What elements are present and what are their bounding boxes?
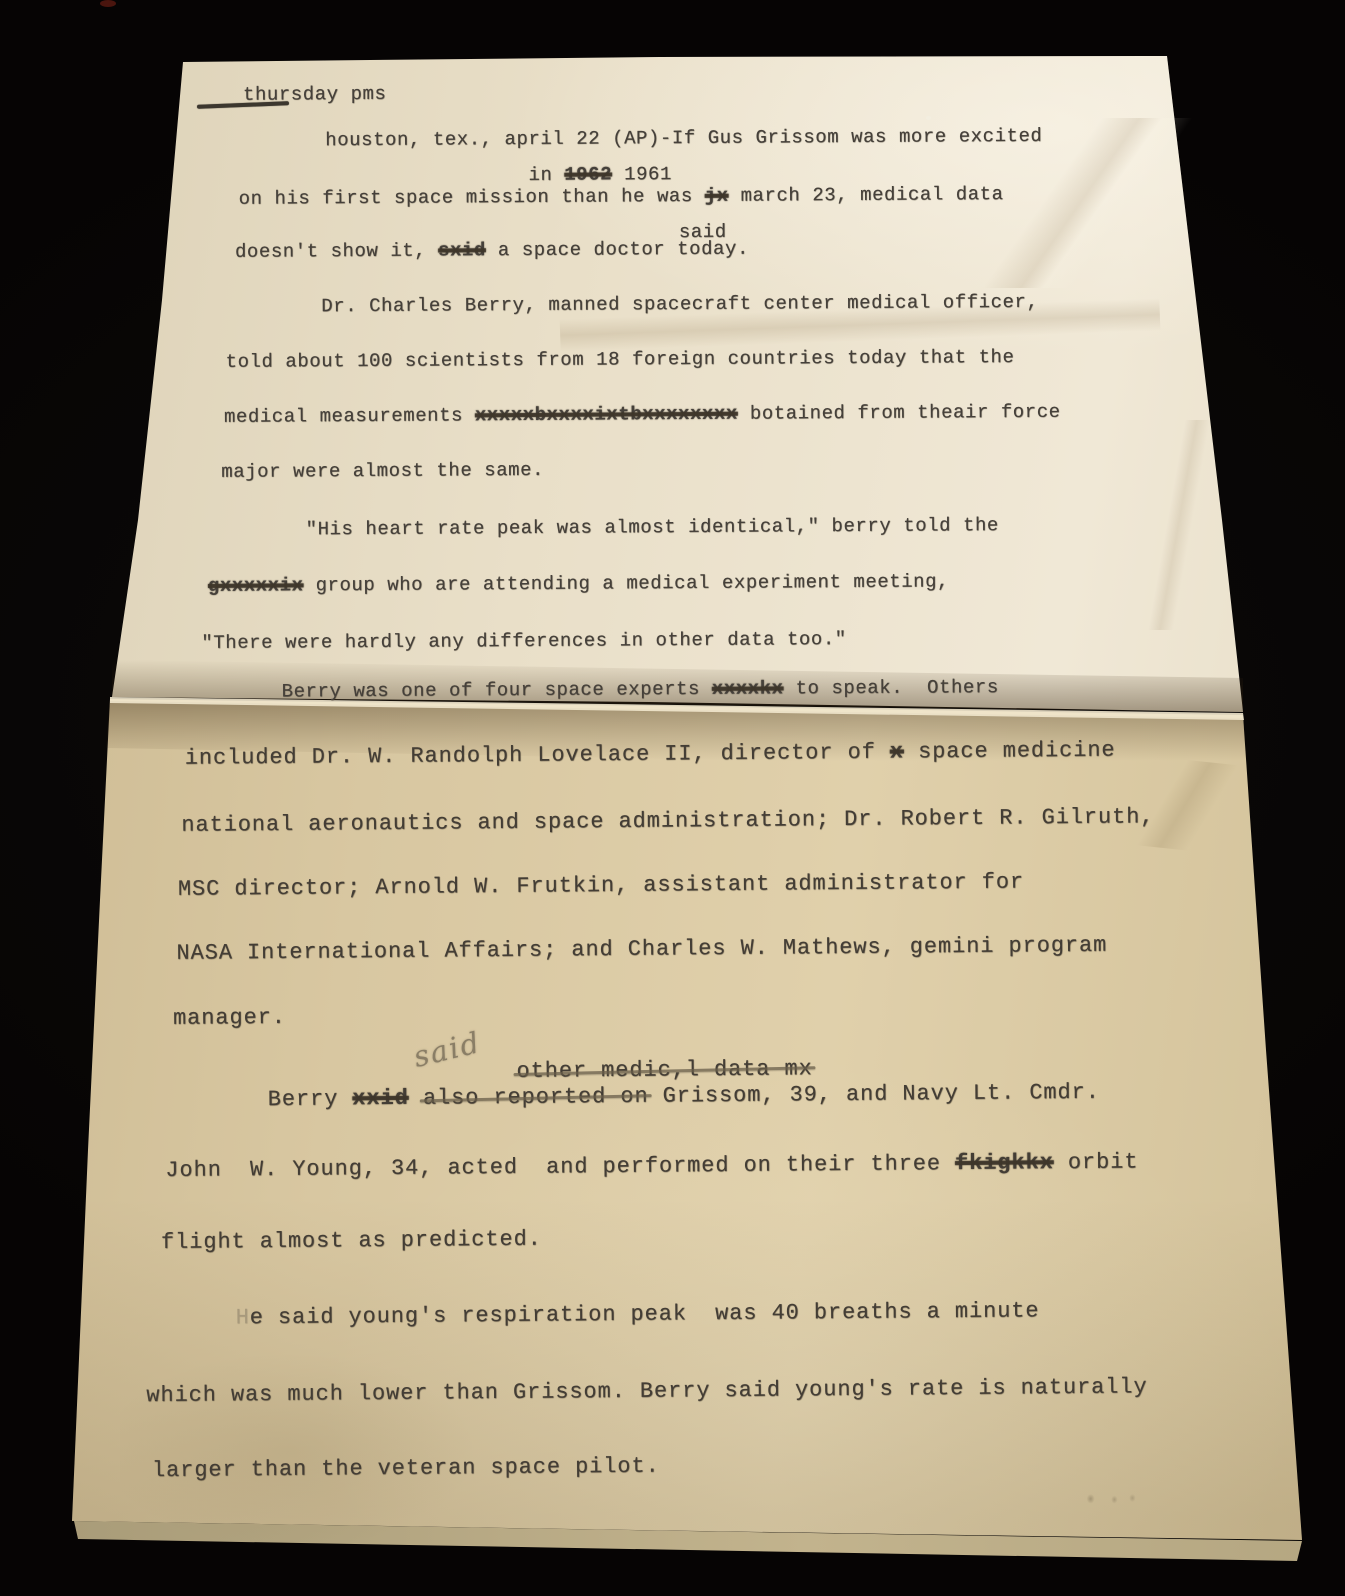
typed-text: MSC director; Arnold W. Frutkin, assista… — [178, 869, 1024, 901]
typed-text: John W. Young, 34, acted and performed o… — [165, 1151, 955, 1183]
lede-line-3: doesn't show it, sxid a space doctor tod… — [235, 240, 749, 262]
nasa-affairs-line: NASA International Affairs; and Charles … — [176, 935, 1107, 965]
photo-black-background: thursday pmshouston, tex., april 22 (AP)… — [0, 0, 1345, 1596]
typed-text: e said young's respiration peak was 40 b… — [250, 1298, 1040, 1330]
typed-text: in — [528, 164, 564, 186]
typed-text: said — [679, 221, 727, 243]
typed-text: 1961 — [612, 163, 672, 185]
pen-underline-mark — [197, 101, 289, 109]
typed-text-bottom-fold: included Dr. W. Randolph Lovelace II, di… — [0, 0, 1345, 1596]
msc-frutkin-line: MSC director; Arnold W. Frutkin, assista… — [178, 871, 1024, 900]
lede-line-2: on his first space mission than he was j… — [239, 185, 1004, 209]
paper-crease — [1086, 750, 1284, 859]
typed-text: manager. — [173, 1005, 286, 1031]
typed-text: larger than the veteran space pilot. — [152, 1454, 660, 1483]
bottom-page-edge — [0, 0, 1345, 1596]
typed-text: a space doctor today. — [486, 238, 749, 262]
typed-text: group who are attending a medical experi… — [304, 570, 950, 596]
typed-text: H — [236, 1305, 250, 1330]
typed-text: Grissom, 39, and Navy Lt. Cmdr. — [648, 1080, 1099, 1109]
measurements-line: medical measurements xxxxxbxxxxixtbxxxxx… — [224, 403, 1061, 427]
same-line: major were almost the same. — [221, 461, 544, 482]
red-speck — [100, 0, 116, 7]
typed-text: major were almost the same. — [221, 459, 544, 483]
nasa-admin-line: national aeronautics and space administr… — [181, 806, 1154, 836]
typed-text: space medicine — [904, 738, 1116, 765]
lower-rate-line: which was much lower than Grissom. Berry… — [146, 1376, 1147, 1407]
dust-speck — [926, 116, 931, 120]
typed-text: national aeronautics and space administr… — [181, 804, 1154, 837]
handwritten-said: said — [413, 1035, 481, 1066]
typed-over-deletion: xxxxxbxxxxixtbxxxxxxxx — [475, 403, 738, 427]
insert-year-line: in 1962 1961 — [528, 165, 672, 185]
typed-text: Berry — [268, 1086, 353, 1112]
four-experts-line: Berry was one of four space experts xxxx… — [282, 678, 999, 701]
handwritten-word: said — [411, 1028, 484, 1072]
dateline-lede: houston, tex., april 22 (AP)-If Gus Gris… — [325, 127, 1042, 150]
young-line: John W. Young, 34, acted and performed o… — [165, 1151, 1138, 1181]
paper-crease — [1110, 420, 1240, 630]
scientists-line: told about 100 scientists from 18 foreig… — [226, 348, 1015, 372]
typed-text-top-fold: thursday pmshouston, tex., april 22 (AP)… — [0, 0, 1345, 1596]
struck-other-data-line: other medic,l data mx — [516, 1058, 812, 1083]
quote-heart-rate: "His heart rate peak was almost identica… — [306, 516, 999, 539]
typed-over-deletion: 1962 — [564, 163, 612, 185]
typed-text: "His heart rate peak was almost identica… — [306, 514, 999, 540]
typed-text: told about 100 scientists from 18 foreig… — [226, 346, 1015, 373]
typed-text: botained from theair force — [738, 401, 1061, 425]
fold-shadow — [0, 0, 1345, 1596]
typed-text: to speak. Others — [784, 676, 999, 699]
pencil-struck-text: also reported on — [423, 1084, 649, 1111]
respiration-line: He said young's respiration peak was 40 … — [236, 1300, 1040, 1329]
typed-over-deletion: fkigkkx — [955, 1150, 1054, 1176]
insert-said: said — [679, 223, 727, 242]
typed-over-deletion: jx — [705, 185, 729, 207]
paper-top-fold — [0, 0, 1345, 1596]
typed-over-deletion: x — [890, 740, 904, 765]
typed-text: on his first space mission than he was — [239, 185, 705, 210]
quote-group: gxxxxxix group who are attending a medic… — [208, 572, 949, 596]
typed-over-deletion: xxxxkx — [712, 677, 784, 699]
typed-text: march 23, medical data — [729, 183, 1004, 207]
paper-bottom-fold — [0, 0, 1345, 1596]
paper-crease — [950, 118, 1210, 288]
typed-text: NASA International Affairs; and Charles … — [176, 933, 1107, 966]
typed-over-deletion: gxxxxxix — [208, 574, 304, 597]
typed-over-deletion: sxid — [438, 239, 486, 261]
paper-crease — [559, 278, 1161, 373]
typed-text: included Dr. W. Randolph Lovelace II, di… — [185, 740, 890, 771]
typed-text: Dr. Charles Berry, manned spacecraft cen… — [321, 291, 1038, 317]
pencil-smudge — [1082, 1490, 1154, 1506]
pencil-struck-text: other medic,l data mx — [516, 1056, 812, 1084]
berry-reported-line: Berry xxid also reported on Grissom, 39,… — [268, 1082, 1100, 1111]
typed-text: flight almost as predicted. — [161, 1227, 542, 1255]
typed-text: doesn't show it, — [235, 240, 438, 263]
typed-text: Berry was one of four space experts — [282, 678, 712, 703]
fold-edge-highlight — [0, 0, 1345, 1596]
berry-intro: Dr. Charles Berry, manned spacecraft cen… — [321, 293, 1038, 316]
typed-text — [409, 1086, 423, 1111]
quote-differences: "There were hardly any differences in ot… — [201, 630, 847, 653]
typed-over-deletion: xxid — [352, 1086, 409, 1111]
typed-text: medical measurements — [224, 404, 475, 428]
typed-text: "There were hardly any differences in ot… — [201, 628, 847, 654]
manager-line: manager. — [173, 1007, 286, 1030]
flight-line: flight almost as predicted. — [161, 1229, 542, 1254]
typed-text: orbit — [1054, 1149, 1139, 1175]
fold-under-shadow — [0, 0, 1345, 1596]
lovelace-line: included Dr. W. Randolph Lovelace II, di… — [185, 740, 1116, 770]
typed-text: houston, tex., april 22 (AP)-If Gus Gris… — [325, 125, 1042, 151]
veteran-line: larger than the veteran space pilot. — [152, 1456, 660, 1482]
paper-crease — [120, 1330, 540, 1550]
typed-text: which was much lower than Grissom. Berry… — [146, 1374, 1147, 1408]
